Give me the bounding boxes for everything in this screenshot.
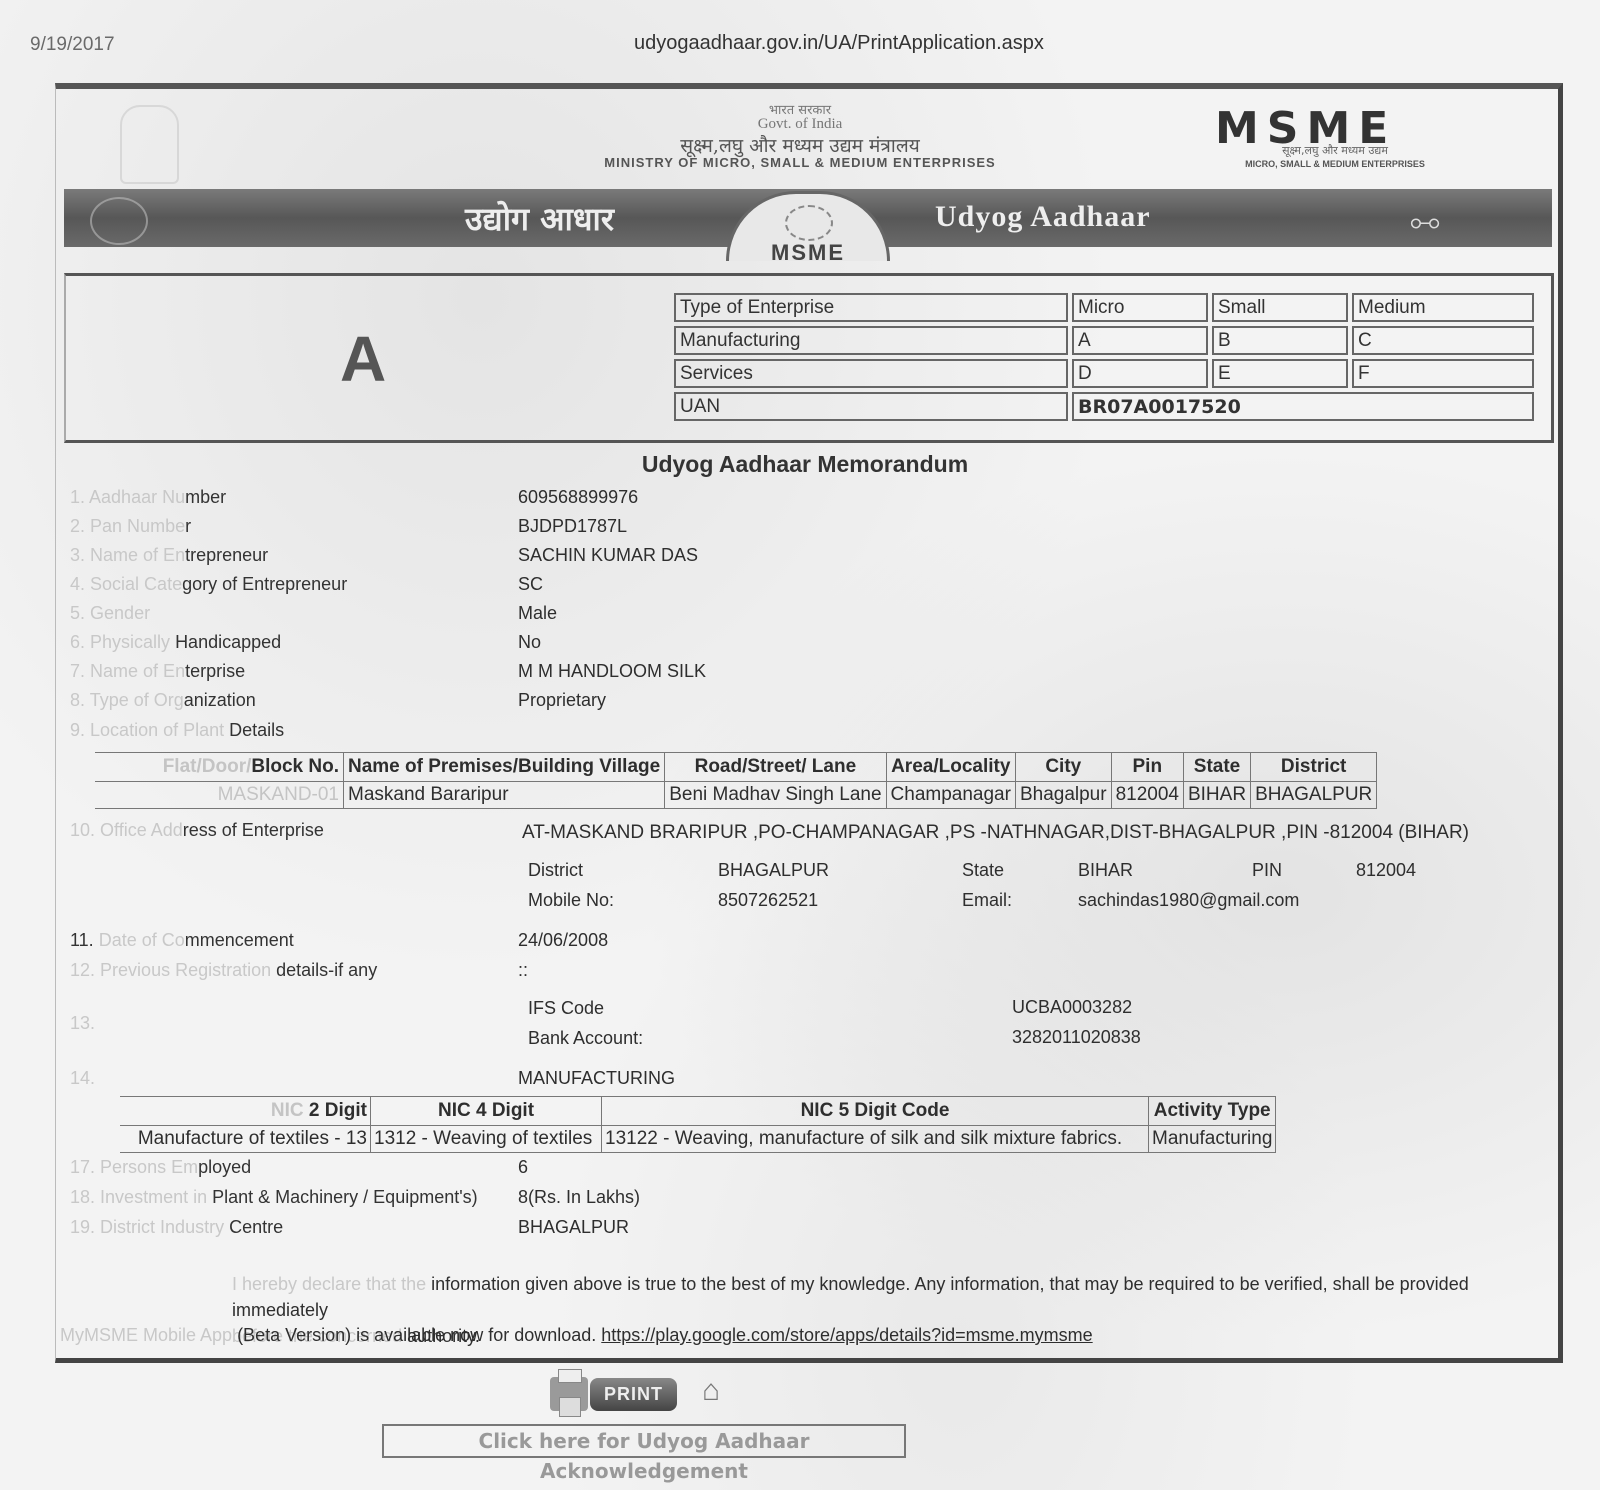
uan-label: UAN [674,392,1068,421]
field-label-previous-registration: 12. Previous Registration details-if any [70,960,377,981]
table-cell: 13 - Manufacture of textiles [120,1126,371,1153]
field-label: 1. Aadhaar Number [70,487,226,508]
mobile-app-notice: MyMSME Mobile App (Beta Version) is avai… [60,1325,1093,1346]
table-cell: A [1072,326,1208,355]
table-cell: Small [1212,293,1348,322]
commencement-value: 24/06/2008 [518,930,608,951]
field-value: Male [518,603,557,624]
col-header: Flat/Door/Block No. [95,753,344,782]
dic-value: BHAGALPUR [518,1217,629,1238]
print-button[interactable]: PRINT [550,1377,677,1411]
col-header: Pin [1111,753,1183,782]
table-cell: Bhagalpur [1015,782,1111,809]
field-label: 3. Name of Entrepreneur [70,545,268,566]
field-num-activity: 14. [70,1068,95,1089]
col-header: City [1015,753,1111,782]
field-num-bank: 13. [70,1013,95,1034]
nic-code-table: NIC 2 Digit NIC 4 Digit NIC 5 Digit Code… [120,1096,1276,1153]
investment-value: 8(Rs. In Lakhs) [518,1187,640,1208]
banner-hindi-title: उद्योग आधार [465,197,614,240]
table-cell: MASKAND-01 [95,782,344,809]
field-label: 5. Gender [70,603,150,624]
printer-icon [550,1377,588,1411]
field-label: 8. Type of Organization [70,690,256,711]
table-cell: E [1212,359,1348,388]
email-value: sachindas1980@gmail.com [1078,890,1299,911]
table-cell: Manufacturing [674,326,1068,355]
table-cell: C [1352,326,1534,355]
col-header: NIC 4 Digit [371,1097,602,1126]
office-address-value: AT-MASKAND BRARIPUR ,PO-CHAMPANAGAR ,PS … [522,822,1469,844]
table-cell: Medium [1352,293,1534,322]
table-cell: Beni Madhav Singh Lane [665,782,886,809]
field-label-dic: 19. District Industry Centre [70,1217,283,1238]
bank-account-label: Bank Account: [528,1028,643,1049]
fingerprint-icon [785,205,833,241]
field-value: M M HANDLOOM SILK [518,661,706,682]
field-label: 6. Physically Handicapped [70,632,281,653]
table-cell: Services [674,359,1068,388]
state-label: State [962,860,1004,881]
field-value: BJDPD1787L [518,516,627,537]
bank-account-value: 3282011020838 [1012,1027,1141,1048]
home-icon[interactable]: ⌂ [702,1374,720,1408]
field-value: SACHIN KUMAR DAS [518,545,698,566]
col-header: Activity Type [1149,1097,1276,1126]
district-label: District [528,860,583,881]
table-cell: Manufacturing [1149,1126,1276,1153]
field-label: 4. Social Category of Entrepreneur [70,574,347,595]
col-header: Name of Premises/Building Village [344,753,665,782]
field-value: SC [518,574,543,595]
table-row: 13 - Manufacture of textiles 1312 - Weav… [120,1126,1276,1153]
table-cell: 1312 - Weaving of textiles [371,1126,602,1153]
field-label-commencement: 11. Date of Commencement [70,930,294,951]
col-header: Area/Locality [886,753,1015,782]
gandhi-portrait-icon [90,197,148,245]
memorandum-title: Udyog Aadhaar Memorandum [0,451,1600,478]
enterprise-type-table: Type of Enterprise Micro Small Medium Ma… [670,289,1538,425]
mobile-value: 8507262521 [718,890,818,911]
district-value: BHAGALPUR [718,860,829,881]
table-cell: 812004 [1111,782,1183,809]
pin-value: 812004 [1356,860,1416,881]
col-header: NIC 5 Digit Code [602,1097,1149,1126]
field-value: No [518,632,541,653]
table-cell: F [1352,359,1534,388]
ifs-label: IFS Code [528,998,604,1019]
field-value: Proprietary [518,690,606,711]
field-label: 7. Name of Enterprise [70,661,245,682]
table-row: Type of Enterprise Micro Small Medium [674,293,1534,322]
mobile-label: Mobile No: [528,890,614,911]
email-label: Email: [962,890,1012,911]
play-store-link[interactable]: https://play.google.com/store/apps/detai… [601,1325,1092,1345]
table-cell: D [1072,359,1208,388]
swachh-bharat-glasses-icon: ⧟ [1410,205,1440,239]
col-header: NIC 2 Digit [120,1097,371,1126]
col-header-text: Block No. [251,756,339,777]
field-label: 2. Pan Number [70,516,191,537]
table-row: MASKAND-01 Maskand Bararipur Beni Madhav… [95,782,1377,809]
table-row: Services D E F [674,359,1534,388]
col-header: Road/Street/ Lane [665,753,886,782]
table-cell: BIHAR [1183,782,1250,809]
print-button-label: PRINT [590,1378,677,1411]
table-cell: Type of Enterprise [674,293,1068,322]
col-header: District [1251,753,1377,782]
field-label-office-address: 10. Office Address of Enterprise [70,820,324,841]
field-label-investment: 18. Investment in Plant & Machinery / Eq… [70,1187,478,1208]
enterprise-category-letter: A [340,322,386,396]
msme-logo-subtitle: MICRO, SMALL & MEDIUM ENTERPRISES [1200,159,1470,169]
field-value: 609568899976 [518,487,638,508]
uan-row: UAN BR07A0017520 [674,392,1534,421]
table-cell: B [1212,326,1348,355]
table-cell: Maskand Bararipur [344,782,665,809]
msme-logo-hindi: सूक्ष्म,लघु और मध्यम उद्यम [1200,143,1470,158]
page-url: udyogaadhaar.gov.in/UA/PrintApplication.… [634,32,1044,55]
previous-registration-value: :: [518,960,528,981]
table-header-row: Flat/Door/Block No. Name of Premises/Bui… [95,753,1377,782]
state-value: BIHAR [1078,860,1133,881]
field-label-employed: 17. Persons Employed [70,1157,251,1178]
pin-label: PIN [1252,860,1282,881]
employed-value: 6 [518,1157,528,1178]
print-date: 9/19/2017 [30,34,115,56]
table-cell: 13122 - Weaving, manufacture of silk and… [602,1126,1149,1153]
seal-text: MSME [726,240,890,266]
table-cell: Champanagar [886,782,1015,809]
acknowledgement-button[interactable]: Click here for Udyog Aadhaar Acknowledge… [382,1424,906,1458]
ifs-value: UCBA0003282 [1012,997,1132,1018]
banner-english-title: Udyog Aadhaar [935,200,1151,234]
table-cell: Micro [1072,293,1208,322]
table-row: Manufacturing A B C [674,326,1534,355]
col-header: State [1183,753,1250,782]
uan-value: BR07A0017520 [1072,392,1534,421]
table-header-row: NIC 2 Digit NIC 4 Digit NIC 5 Digit Code… [120,1097,1276,1126]
field-label: 9. Location of Plant Details [70,720,284,741]
plant-location-table: Flat/Door/Block No. Name of Premises/Bui… [95,752,1377,809]
table-cell: BHAGALPUR [1251,782,1377,809]
major-activity-value: MANUFACTURING [518,1068,675,1089]
